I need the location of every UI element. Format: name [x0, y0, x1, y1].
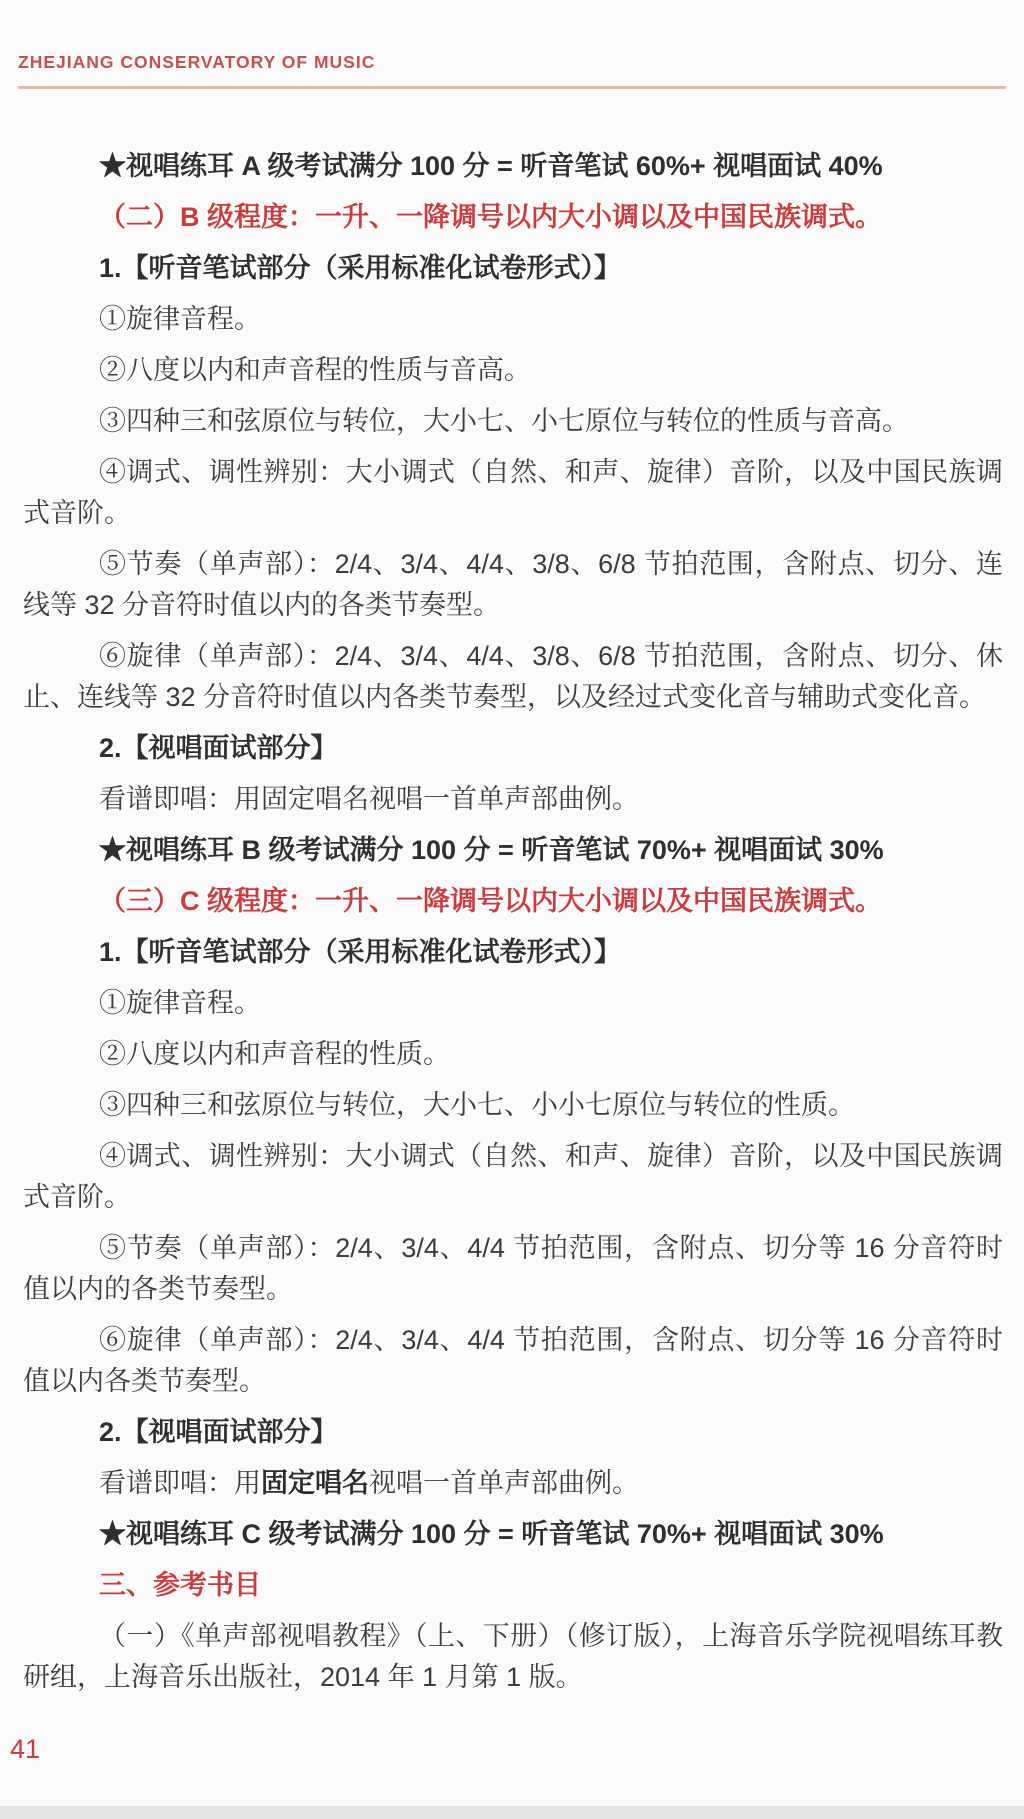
paragraph-text: 视唱一首单声部曲例。 — [369, 1468, 639, 1498]
paragraph-text: ★视唱练耳 C 级考试满分 100 分 = 听音笔试 70%+ 视唱面试 30% — [99, 1519, 884, 1549]
paragraph-text: ④调式、调性辨别：大小调式（自然、和声、旋律）音阶，以及中国民族调式音阶。 — [23, 1141, 1003, 1212]
paragraph-text: ③四种三和弦原位与转位，大小七、小小七原位与转位的性质。 — [99, 1090, 855, 1120]
score-formula-b: ★视唱练耳 B 级考试满分 100 分 = 听音笔试 70%+ 视唱面试 30% — [23, 830, 1003, 871]
paragraph-text: 2.【视唱面试部分】 — [99, 1417, 338, 1447]
b-item-4: ④调式、调性辨别：大小调式（自然、和声、旋律）音阶，以及中国民族调式音阶。 — [23, 452, 1003, 534]
c-sightsinging-desc: 看谱即唱：用固定唱名视唱一首单声部曲例。 — [23, 1463, 1003, 1504]
page-header: ZHEJIANG CONSERVATORY OF MUSIC — [0, 0, 1024, 89]
score-formula-a: ★视唱练耳 A 级考试满分 100 分 = 听音笔试 60%+ 视唱面试 40% — [23, 146, 1003, 187]
emphasized-text: 固定唱名 — [261, 1468, 369, 1498]
page-number: 41 — [10, 1734, 40, 1764]
section-c-heading: （三）C 级程度：一升、一降调号以内大小调以及中国民族调式。 — [23, 881, 1003, 922]
paragraph-text: 看谱即唱：用固定唱名视唱一首单声部曲例。 — [99, 784, 639, 814]
b-item-1: ①旋律音程。 — [23, 299, 1003, 340]
paragraph-text: ③四种三和弦原位与转位，大小七、小七原位与转位的性质与音高。 — [99, 406, 909, 436]
paragraph-text: ★视唱练耳 B 级考试满分 100 分 = 听音笔试 70%+ 视唱面试 30% — [99, 835, 884, 865]
section-b-heading: （二）B 级程度：一升、一降调号以内大小调以及中国民族调式。 — [23, 197, 1003, 238]
brand-logo-text: ZHEJIANG CONSERVATORY OF MUSIC — [18, 52, 1006, 73]
paragraph-text: 1.【听音笔试部分（采用标准化试卷形式）】 — [99, 253, 621, 283]
paragraph-text: ④调式、调性辨别：大小调式（自然、和声、旋律）音阶，以及中国民族调式音阶。 — [23, 457, 1003, 528]
document-body: ★视唱练耳 A 级考试满分 100 分 = 听音笔试 60%+ 视唱面试 40%… — [0, 89, 1024, 1698]
b-sightsinging-heading: 2.【视唱面试部分】 — [23, 728, 1003, 769]
paragraph-text: 1.【听音笔试部分（采用标准化试卷形式）】 — [99, 937, 621, 967]
b-sightsinging-desc: 看谱即唱：用固定唱名视唱一首单声部曲例。 — [23, 779, 1003, 820]
c-item-1: ①旋律音程。 — [23, 983, 1003, 1024]
paragraph-text: ②八度以内和声音程的性质与音高。 — [99, 355, 531, 385]
paragraph-text: 看谱即唱：用 — [99, 1468, 261, 1498]
c-written-part-heading: 1.【听音笔试部分（采用标准化试卷形式）】 — [23, 932, 1003, 973]
paragraph-text: 三、参考书目 — [99, 1570, 261, 1600]
c-item-3: ③四种三和弦原位与转位，大小七、小小七原位与转位的性质。 — [23, 1085, 1003, 1126]
reference-book-1: （一）《单声部视唱教程》（上、下册）（修订版），上海音乐学院视唱练耳教研组，上海… — [23, 1616, 1003, 1698]
c-item-2: ②八度以内和声音程的性质。 — [23, 1034, 1003, 1075]
score-formula-c: ★视唱练耳 C 级考试满分 100 分 = 听音笔试 70%+ 视唱面试 30% — [23, 1514, 1003, 1555]
paragraph-text: （二）B 级程度：一升、一降调号以内大小调以及中国民族调式。 — [99, 202, 882, 232]
reference-books-heading: 三、参考书目 — [23, 1565, 1003, 1606]
paragraph-text: 2.【视唱面试部分】 — [99, 733, 338, 763]
c-sightsinging-heading: 2.【视唱面试部分】 — [23, 1412, 1003, 1453]
page-edge-bar — [0, 1806, 1024, 1819]
paragraph-text: ⑤节奏（单声部）：2/4、3/4、4/4、3/8、6/8 节拍范围，含附点、切分… — [23, 549, 1003, 620]
c-item-5: ⑤节奏（单声部）：2/4、3/4、4/4 节拍范围，含附点、切分等 16 分音符… — [23, 1228, 1003, 1310]
b-item-3: ③四种三和弦原位与转位，大小七、小七原位与转位的性质与音高。 — [23, 401, 1003, 442]
b-item-2: ②八度以内和声音程的性质与音高。 — [23, 350, 1003, 391]
paragraph-text: ①旋律音程。 — [99, 304, 261, 334]
paragraph-text: ①旋律音程。 — [99, 988, 261, 1018]
paragraph-text: ②八度以内和声音程的性质。 — [99, 1039, 450, 1069]
paragraph-text: （一）《单声部视唱教程》（上、下册）（修订版），上海音乐学院视唱练耳教研组，上海… — [23, 1621, 1003, 1692]
b-item-6: ⑥旋律（单声部）：2/4、3/4、4/4、3/8、6/8 节拍范围，含附点、切分… — [23, 636, 1003, 718]
b-written-part-heading: 1.【听音笔试部分（采用标准化试卷形式）】 — [23, 248, 1003, 289]
c-item-4: ④调式、调性辨别：大小调式（自然、和声、旋律）音阶，以及中国民族调式音阶。 — [23, 1136, 1003, 1218]
paragraph-text: ⑥旋律（单声部）：2/4、3/4、4/4 节拍范围，含附点、切分等 16 分音符… — [23, 1325, 1003, 1396]
paragraph-text: ⑤节奏（单声部）：2/4、3/4、4/4 节拍范围，含附点、切分等 16 分音符… — [23, 1233, 1003, 1304]
paragraph-text: ★视唱练耳 A 级考试满分 100 分 = 听音笔试 60%+ 视唱面试 40% — [99, 151, 883, 181]
paragraph-text: ⑥旋律（单声部）：2/4、3/4、4/4、3/8、6/8 节拍范围，含附点、切分… — [23, 641, 1003, 712]
c-item-6: ⑥旋律（单声部）：2/4、3/4、4/4 节拍范围，含附点、切分等 16 分音符… — [23, 1320, 1003, 1402]
b-item-5: ⑤节奏（单声部）：2/4、3/4、4/4、3/8、6/8 节拍范围，含附点、切分… — [23, 544, 1003, 626]
paragraph-text: （三）C 级程度：一升、一降调号以内大小调以及中国民族调式。 — [99, 886, 882, 916]
